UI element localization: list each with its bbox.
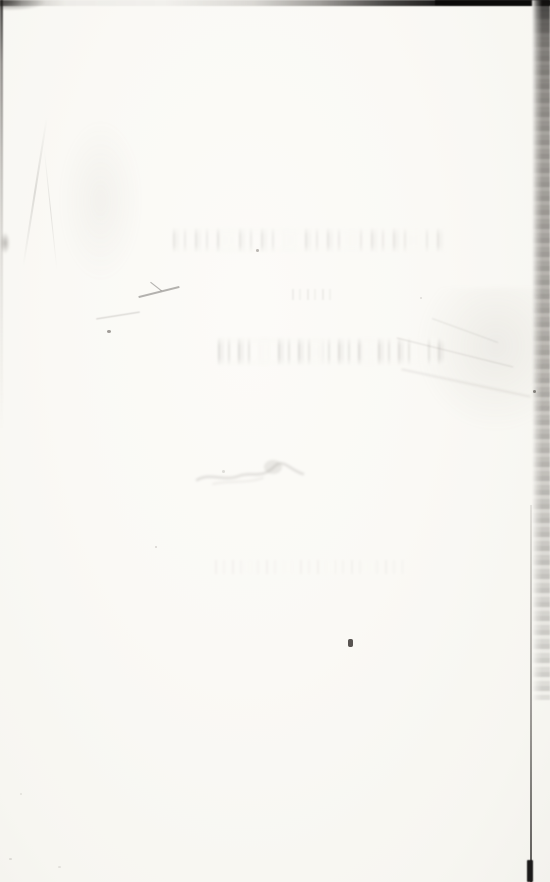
scan-corner-top-left <box>0 0 46 11</box>
paper-speck <box>155 546 157 548</box>
paper-speck <box>20 793 22 795</box>
signature-smudge-stroke <box>213 478 263 484</box>
paper-speck <box>256 249 259 252</box>
scanned-page <box>0 0 550 882</box>
pencil-curve-mark <box>96 312 140 320</box>
paper-crease <box>22 117 48 267</box>
pencil-slash-mark <box>150 282 162 291</box>
ink-dot <box>348 639 353 647</box>
ghost-imprint-line <box>215 560 405 574</box>
paper-speck <box>222 470 225 473</box>
paper-crease <box>44 148 58 269</box>
scan-edge-right-line <box>530 505 532 882</box>
paper-speck <box>9 858 12 860</box>
signature-smudge-blob <box>264 460 282 474</box>
ghost-title-line-1 <box>173 228 445 252</box>
paper-speck <box>420 297 422 299</box>
signature-smudge-stroke <box>197 463 303 480</box>
ghost-word-small <box>292 289 334 300</box>
paper-speck <box>533 390 536 393</box>
paper-speck <box>58 866 61 868</box>
pencil-dot-mark <box>107 330 111 333</box>
scan-edge-right-black-tail <box>527 860 533 882</box>
signature-smudge <box>193 450 311 494</box>
scan-edge-left <box>0 0 3 430</box>
scan-edge-left-smudge <box>0 232 10 254</box>
paper-mottling <box>58 118 143 283</box>
